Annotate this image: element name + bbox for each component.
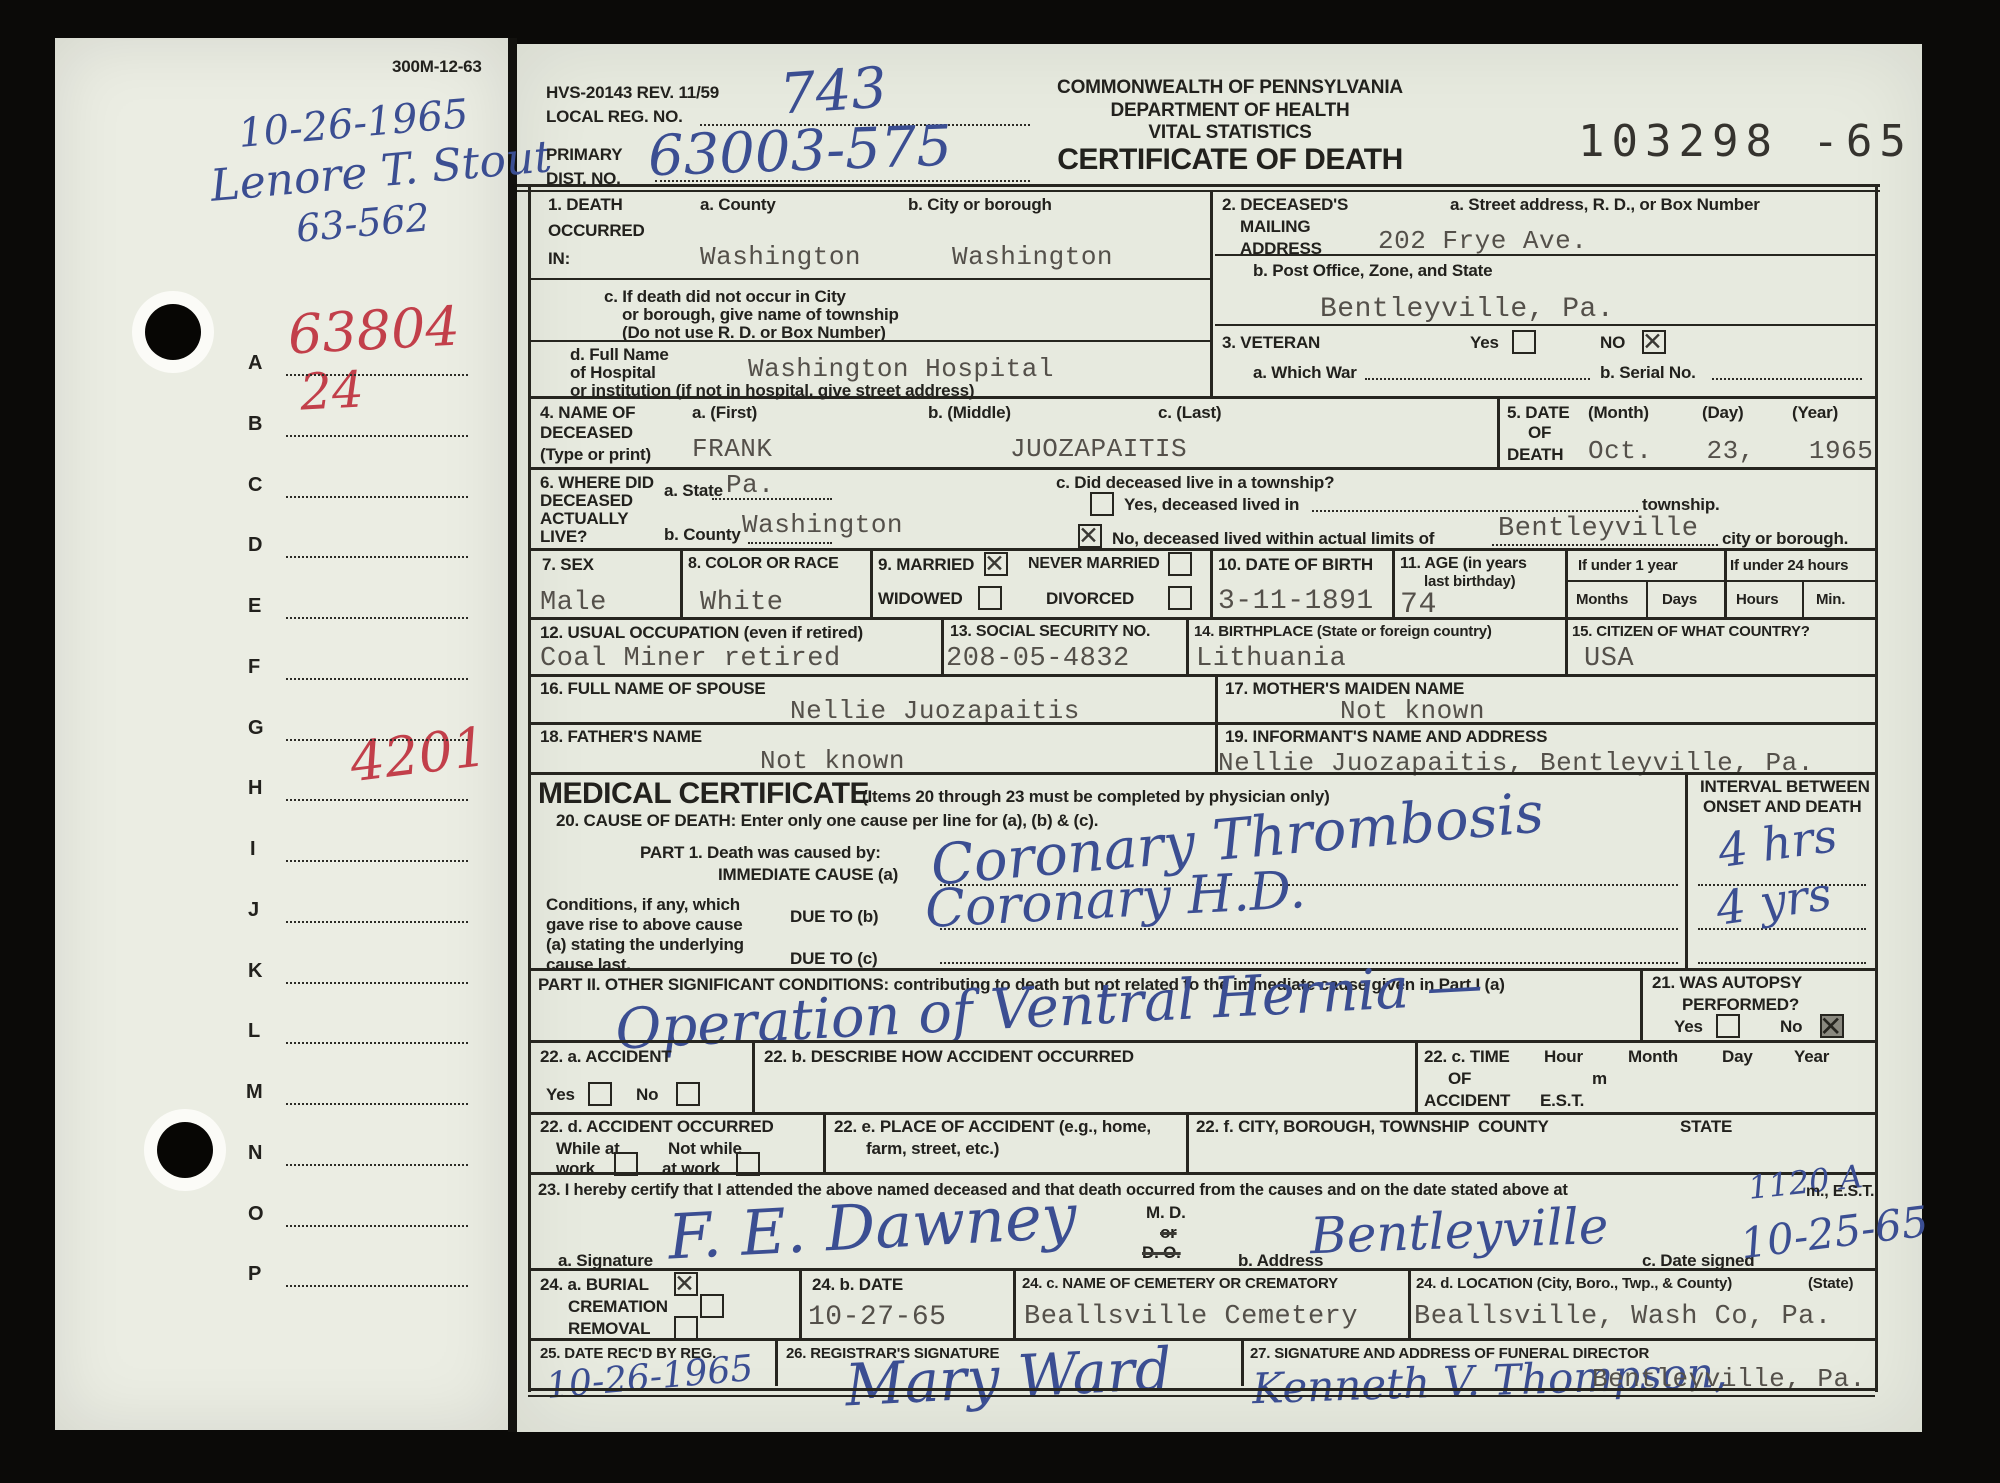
s14-birthplace-value: Lithuania: [1196, 646, 1346, 673]
s24b-date-value: 10-27-65: [808, 1304, 946, 1332]
stub-index-letter: M: [246, 1081, 263, 1104]
stub-index-line: [286, 1285, 468, 1287]
s19-informant-label: 19. INFORMANT'S NAME AND ADDRESS: [1225, 728, 1547, 746]
s1-city-label: b. City or borough: [908, 196, 1052, 214]
stub-red-entry-b: 24: [299, 364, 365, 417]
s4-middle-label: b. (Middle): [928, 404, 1011, 422]
divider: [1685, 772, 1688, 968]
s16-spouse-label: 16. FULL NAME OF SPOUSE: [540, 680, 766, 698]
rule: [517, 190, 1880, 192]
s22e-place-label2: farm, street, etc.): [866, 1140, 999, 1158]
divider: [799, 1268, 802, 1338]
death-certificate-scan: 300M-12-63 10-26-1965 Lenore T. Stout 63…: [0, 0, 2000, 1483]
s24c-cemetery-value: Beallsville Cemetery: [1024, 1304, 1358, 1331]
due-to-b-label: DUE TO (b): [790, 908, 878, 926]
stub-index-letter: L: [248, 1020, 260, 1043]
s11-under24h-label: If under 24 hours: [1730, 558, 1848, 574]
stub-index-letter: P: [248, 1263, 261, 1286]
stub-index-line: [286, 982, 468, 984]
s22c-month-label: Month: [1628, 1048, 1678, 1066]
s24c-cemetery-label: 24. c. NAME OF CEMETERY OR CREMATORY: [1022, 1276, 1338, 1292]
s22f-state-label: STATE: [1680, 1118, 1732, 1136]
divider: [1497, 396, 1500, 467]
rule: [528, 1268, 1875, 1271]
stub-index-line: [286, 860, 468, 862]
stub-index-letter: E: [248, 595, 261, 618]
s4-first-value: FRANK: [692, 436, 773, 462]
s5-label: OF: [1528, 424, 1551, 442]
s24b-date-label: 24. b. DATE: [812, 1276, 903, 1294]
s15-citizen-label: 15. CITIZEN OF WHAT COUNTRY?: [1572, 624, 1810, 640]
stub-index-letter: F: [248, 656, 260, 679]
divider: [775, 1338, 778, 1386]
stub-index-letter: C: [248, 474, 262, 497]
s5-month-label: (Month): [1588, 404, 1649, 422]
divider: [1210, 190, 1213, 396]
s6-no-checkbox check-x-icon: [1078, 524, 1102, 548]
s6-label: 6. WHERE DID: [540, 474, 654, 492]
stub-index-line: [286, 1164, 468, 1166]
stub-index-line: [286, 556, 468, 558]
interval-label: INTERVAL BETWEEN: [1700, 778, 1870, 796]
stub-red-entry-h: 4201: [347, 720, 490, 790]
form-code: HVS-20143 REV. 11/59: [546, 84, 719, 102]
s24-burial-checkbox check-x-icon: [674, 1272, 698, 1296]
s12-occupation-label: 12. USUAL OCCUPATION (even if retired): [540, 624, 863, 642]
s21-yes-label: Yes: [1674, 1018, 1703, 1036]
s22a-accident-label: 22. a. ACCIDENT: [540, 1048, 671, 1066]
s6-label: ACTUALLY: [540, 510, 628, 528]
s14-birthplace-label: 14. BIRTHPLACE (State or foreign country…: [1194, 624, 1492, 640]
conditions-label: (a) stating the underlying: [546, 936, 744, 954]
s3-no-label: NO: [1600, 334, 1625, 352]
divider: [1210, 548, 1213, 617]
s1-hospital-value: Washington Hospital: [748, 356, 1054, 382]
s22c-day-label: Day: [1722, 1048, 1753, 1066]
stub-index-letter: N: [248, 1142, 262, 1165]
s11-months-label: Months: [1576, 592, 1628, 608]
rule: [528, 674, 1875, 677]
s21-autopsy-label: PERFORMED?: [1682, 996, 1799, 1014]
s6-yes-line: Yes, deceased lived in: [1124, 496, 1299, 514]
s2-label: MAILING: [1240, 218, 1310, 236]
s21-no-label: No: [1780, 1018, 1802, 1036]
s18-father-label: 18. FATHER'S NAME: [540, 728, 702, 746]
stub-index-line: [286, 435, 468, 437]
s5-date-of-death-value: Oct. 23, 1965: [1588, 438, 1873, 464]
s23-mest-label: m., E.S.T.: [1806, 1184, 1874, 1201]
s6-no-tail: city or borough.: [1722, 530, 1848, 548]
s1-d-label: d. Full Name: [570, 346, 669, 364]
s24d-location-label: 24. d. LOCATION (City, Boro., Twp., & Co…: [1416, 1276, 1732, 1292]
s3-no-checkbox check-x-icon: [1642, 330, 1666, 354]
s9-married-label: 9. MARRIED: [878, 556, 974, 574]
stub-note-number: 63-562: [295, 198, 432, 248]
s22a-yes-label: Yes: [546, 1086, 575, 1104]
s9-widowed-checkbox: [978, 586, 1002, 610]
org-line-3: VITAL STATISTICS: [950, 123, 1510, 143]
rule: [528, 278, 1210, 280]
s4-last-value: JUOZAPAITIS: [1010, 436, 1187, 462]
s13-ssn-value: 208-05-4832: [946, 646, 1130, 673]
s24-cremation-checkbox: [700, 1294, 724, 1318]
s9-never-married-checkbox: [1168, 552, 1192, 576]
s6-yes-tail: township.: [1642, 496, 1720, 514]
s11-age-label2: last birthday): [1424, 574, 1515, 590]
s11-min-label: Min.: [1816, 592, 1845, 608]
stub-index-letter: J: [248, 899, 259, 922]
org-line-1: COMMONWEALTH OF PENNSYLVANIA: [950, 78, 1510, 98]
local-reg-value: 743: [778, 60, 889, 123]
divider: [941, 617, 944, 674]
org-line-2: DEPARTMENT OF HEALTH: [950, 101, 1510, 121]
s11-days-label: Days: [1662, 592, 1697, 608]
stub-index-letter: K: [248, 960, 262, 983]
stub-index-letter: O: [248, 1203, 264, 1226]
s21-autopsy-label: 21. WAS AUTOPSY: [1652, 974, 1802, 992]
divider: [1392, 548, 1395, 617]
s5-label: DEATH: [1507, 446, 1563, 464]
s22d-work-label: work: [556, 1160, 595, 1178]
s22a-no-label: No: [636, 1086, 658, 1104]
leader: [1365, 378, 1590, 380]
s6-county-value: Washington: [742, 512, 903, 538]
s4-label: DECEASED: [540, 424, 633, 442]
rule: [528, 1172, 1875, 1175]
rule: [528, 396, 1875, 399]
s8-race-value: White: [700, 590, 784, 617]
stub-index-line: [286, 799, 468, 801]
s5-year-label: (Year): [1792, 404, 1838, 422]
s21-yes-checkbox: [1716, 1014, 1740, 1038]
s9-widowed-label: WIDOWED: [878, 590, 963, 608]
leader: [748, 542, 832, 544]
s1-label: OCCURRED: [548, 222, 645, 240]
divider: [1565, 617, 1568, 674]
s1-city-value: Washington: [952, 244, 1113, 270]
s22f-county-label: COUNTY: [1478, 1118, 1549, 1136]
s1-label: IN:: [548, 250, 570, 268]
s22c-accident-label: ACCIDENT: [1424, 1092, 1510, 1110]
divider: [1415, 1040, 1418, 1112]
divider: [1724, 548, 1727, 617]
divider: [1215, 674, 1218, 722]
stub-index-line: [286, 496, 468, 498]
punch-hole: [157, 1122, 213, 1178]
divider: [1241, 1338, 1244, 1386]
s11-hours-label: Hours: [1736, 592, 1778, 608]
s6-label: LIVE?: [540, 528, 587, 546]
leader: [1698, 962, 1866, 964]
s3-yes-label: Yes: [1470, 334, 1499, 352]
divider: [752, 1040, 755, 1112]
stub-index-line: [286, 1042, 468, 1044]
stub-index-line: [286, 678, 468, 680]
rule: [528, 1338, 1875, 1341]
s6-label: DECEASED: [540, 492, 633, 510]
rule: [528, 1112, 1875, 1115]
conditions-label: Conditions, if any, which: [546, 896, 740, 914]
rule: [528, 617, 1875, 620]
medical-certificate-subtitle: (Items 20 through 23 must be completed b…: [862, 788, 1330, 806]
s15-citizen-value: USA: [1584, 646, 1634, 673]
s22c-of-label: OF: [1448, 1070, 1471, 1088]
s11-under1yr-label: If under 1 year: [1578, 558, 1678, 574]
punch-hole: [145, 304, 201, 360]
s9-married-checkbox check-x-icon: [984, 552, 1008, 576]
rule: [528, 1388, 1875, 1391]
part1-label: PART 1. Death was caused by:: [640, 844, 881, 862]
s24-removal-label: REMOVAL: [568, 1320, 650, 1338]
divider: [823, 1112, 826, 1172]
stub-index-letter: D: [248, 534, 262, 557]
rule: [528, 548, 1875, 551]
s2-postoffice-value: Bentleyville, Pa.: [1320, 296, 1614, 324]
primary-label: PRIMARY: [546, 146, 622, 164]
rule: [528, 1040, 1875, 1043]
rule: [528, 340, 1210, 342]
stub-index-letter: G: [248, 717, 264, 740]
divider: [1640, 968, 1643, 1040]
page-title: CERTIFICATE OF DEATH: [950, 144, 1510, 176]
s23-md-label: M. D.: [1146, 1204, 1186, 1222]
s7-sex-label: 7. SEX: [542, 556, 594, 574]
rule: [517, 184, 1880, 187]
leader: [712, 498, 832, 500]
s2-street-value: 202 Frye Ave.: [1378, 228, 1587, 254]
stub-index-line: [286, 1103, 468, 1105]
interval-label: ONSET AND DEATH: [1703, 798, 1862, 816]
stub-print-code: 300M-12-63: [392, 58, 482, 76]
s6-no-line: No, deceased lived within actual limits …: [1112, 530, 1434, 548]
divider: [1186, 1112, 1189, 1172]
divider: [870, 548, 873, 617]
s2-label: 2. DECEASED'S: [1222, 196, 1348, 214]
s18-father-value: Not known: [760, 748, 905, 774]
stub-index-line: [286, 374, 468, 376]
leader: [1712, 378, 1862, 380]
stub-index-line: [286, 617, 468, 619]
s22e-place-label: 22. e. PLACE OF ACCIDENT (e.g., home,: [834, 1118, 1151, 1136]
divider: [680, 548, 683, 617]
s10-dob-value: 3-11-1891: [1218, 588, 1374, 616]
s1-d-label: of Hospital: [570, 364, 656, 382]
stub-index-line: [286, 921, 468, 923]
s26-registrar-signature: Mary Ward: [844, 1339, 1173, 1414]
s22c-hour-label: Hour: [1544, 1048, 1583, 1066]
s9-never-married-label: NEVER MARRIED: [1028, 556, 1160, 573]
s1-label: 1. DEATH: [548, 196, 623, 214]
s22f-city-label: 22. f. CITY, BOROUGH, TOWNSHIP: [1196, 1118, 1469, 1136]
conditions-label: gave rise to above cause: [546, 916, 742, 934]
rule: [1215, 324, 1875, 326]
s24-removal-checkbox: [674, 1316, 698, 1340]
s12-occupation-value: Coal Miner retired: [540, 646, 841, 673]
due-to-c-label: DUE TO (c): [790, 950, 877, 968]
s3-war-label: a. Which War: [1253, 364, 1357, 382]
dist-no-value: 63003-575: [647, 119, 953, 186]
s17-mother-value: Not known: [1340, 698, 1485, 724]
rule: [528, 722, 1875, 725]
s23-or-label: or: [1160, 1224, 1177, 1242]
s21-no-checkbox check-x-icon: [1820, 1014, 1844, 1038]
rule: [1565, 580, 1875, 582]
s16-spouse-value: Nellie Juozapaitis: [790, 698, 1080, 724]
s6-state-value: Pa.: [726, 472, 774, 498]
s24-burial-label: 24. a. BURIAL: [540, 1276, 649, 1294]
s22c-m-label: m: [1592, 1070, 1607, 1088]
s4-last-label: c. (Last): [1158, 404, 1221, 422]
s22d-atwork-label: at work: [662, 1160, 720, 1178]
s22c-year-label: Year: [1794, 1048, 1829, 1066]
s22c-est-label: E.S.T.: [1540, 1092, 1584, 1110]
form-border-left: [528, 184, 531, 1392]
stub-red-entry-a: 63804: [287, 300, 461, 363]
s22b-describe-label: 22. b. DESCRIBE HOW ACCIDENT OCCURRED: [764, 1048, 1134, 1066]
s8-race-label: 8. COLOR OR RACE: [688, 556, 839, 573]
stub-index-line: [286, 739, 468, 741]
s11-age-label: 11. AGE (in years: [1400, 556, 1527, 573]
s9-divorced-checkbox: [1168, 586, 1192, 610]
s23-address-handwriting: Bentleyville: [1309, 1201, 1609, 1261]
s3-veteran-label: 3. VETERAN: [1222, 334, 1320, 352]
medical-certificate-title: MEDICAL CERTIFICATE: [538, 778, 869, 810]
divider: [1646, 580, 1648, 617]
stub-index-line: [286, 1225, 468, 1227]
leader: [1492, 544, 1718, 546]
s22a-no-checkbox: [676, 1082, 700, 1106]
rule: [528, 1395, 1875, 1397]
s6-county-label: b. County: [664, 526, 741, 544]
s24d-state-label: (State): [1808, 1276, 1853, 1292]
leader: [1312, 510, 1638, 512]
conditions-label: cause last.: [546, 956, 631, 974]
s3-yes-checkbox: [1512, 330, 1536, 354]
s4-first-label: a. (First): [692, 404, 757, 422]
rule: [528, 772, 1875, 775]
divider: [1565, 548, 1568, 617]
s22c-time-label: 22. c. TIME: [1424, 1048, 1510, 1066]
s5-label: 5. DATE: [1507, 404, 1570, 422]
divider: [1013, 1268, 1016, 1338]
s9-divorced-label: DIVORCED: [1046, 590, 1134, 608]
s7-sex-value: Male: [540, 590, 607, 617]
stub-index-letter: A: [248, 352, 262, 375]
s6-township-question: c. Did deceased live in a township?: [1056, 474, 1334, 492]
divider: [1408, 1268, 1411, 1338]
s24d-location-value: Beallsville, Wash Co, Pa.: [1414, 1304, 1832, 1331]
s2-street-label: a. Street address, R. D., or Box Number: [1450, 196, 1760, 214]
s2-postoffice-label: b. Post Office, Zone, and State: [1253, 262, 1492, 280]
s22d-occurred-label: 22. d. ACCIDENT OCCURRED: [540, 1118, 774, 1136]
s11-age-value: 74: [1400, 590, 1437, 620]
s22d-while-label: While at: [556, 1140, 620, 1158]
stub-index-letter: I: [250, 838, 256, 861]
s1-county-label: a. County: [700, 196, 776, 214]
s4-label: (Type or print): [540, 446, 651, 464]
rule: [1215, 254, 1875, 256]
divider: [1802, 580, 1804, 617]
s13-ssn-label: 13. SOCIAL SECURITY NO.: [950, 624, 1150, 641]
s1-county-value: Washington: [700, 244, 861, 270]
s10-dob-label: 10. DATE OF BIRTH: [1218, 556, 1373, 574]
s23-do-label: D. O.: [1142, 1244, 1181, 1262]
s6-no-value: Bentleyville: [1498, 516, 1698, 543]
stub-index-letter: H: [248, 777, 262, 800]
s3-serial-label: b. Serial No.: [1600, 364, 1696, 382]
divider: [1186, 617, 1189, 674]
page-fold-divider: [508, 38, 517, 1432]
s24-cremation-label: CREMATION: [568, 1298, 668, 1316]
s1-c-label: c. If death did not occur in City: [604, 288, 846, 306]
stub-index-letter: B: [248, 413, 262, 436]
s5-day-label: (Day): [1702, 404, 1744, 422]
s22a-yes-checkbox: [588, 1082, 612, 1106]
s1-c-label: or borough, give name of township: [622, 306, 899, 324]
immediate-cause-label: IMMEDIATE CAUSE (a): [718, 866, 898, 884]
certificate-number-stamp: 103298 -65: [1578, 116, 1913, 167]
s6-yes-checkbox: [1090, 492, 1114, 516]
s22d-notwhile-label: Not while: [668, 1140, 742, 1158]
s4-label: 4. NAME OF: [540, 404, 635, 422]
